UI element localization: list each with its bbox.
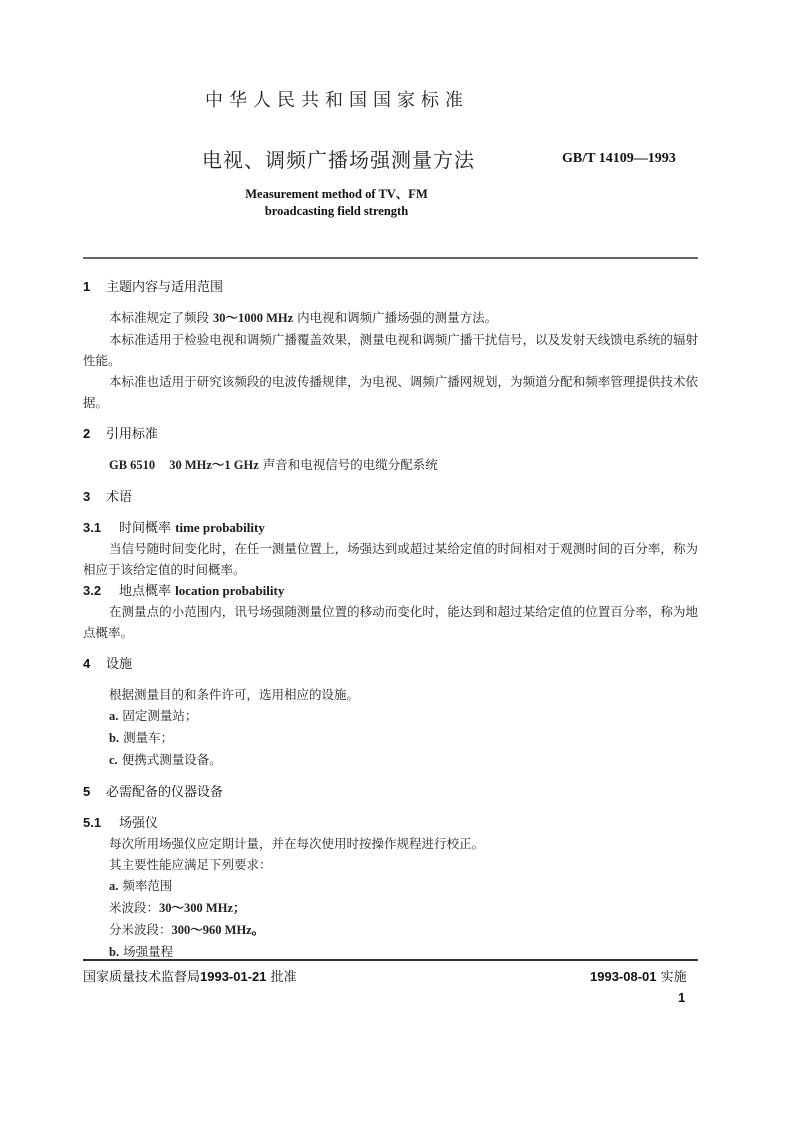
list-label: b. xyxy=(109,731,119,745)
footer-divider xyxy=(83,959,698,961)
reference-standard: GB 651030 MHz～1 GHz 声音和电视信号的电缆分配系统 xyxy=(109,454,698,476)
section-number: 3 xyxy=(83,486,106,507)
section-title: 必需配备的仪器设备 xyxy=(106,785,223,800)
term-cn: 时间概率 xyxy=(119,521,175,536)
subsection-number: 5.1 xyxy=(83,812,119,833)
subsection-title: 场强仪 xyxy=(119,816,158,831)
list-text: 便携式测量设备。 xyxy=(122,752,222,767)
paragraph: 本标准适用于检验电视和调频广播覆盖效果，测量电视和调频广播干扰信号，以及发射天线… xyxy=(83,329,698,371)
document-body: 1主题内容与适用范围 本标准规定了频段 30～1000 MHz 内电视和调频广播… xyxy=(83,276,698,963)
list-label: a. xyxy=(109,879,118,893)
paragraph: 本标准规定了频段 30～1000 MHz 内电视和调频广播场强的测量方法。 xyxy=(83,307,698,329)
band-spec: 米波段：30～300 MHz； xyxy=(109,897,698,919)
approval-suffix: 批准 xyxy=(267,970,297,985)
approval-date: 1993-01-21 xyxy=(200,969,267,984)
list-item: c.便携式测量设备。 xyxy=(109,749,698,771)
list-label: c. xyxy=(109,753,118,767)
approval-info: 国家质量技术监督局1993-01-21 批准 xyxy=(83,966,297,985)
national-standard-heading: 中华人民共和国国家标准 xyxy=(205,86,469,112)
section-title: 主题内容与适用范围 xyxy=(106,280,223,295)
list-label: a. xyxy=(109,709,118,723)
band-value: 30～300 MHz； xyxy=(159,901,245,915)
term-en: location probability xyxy=(175,583,284,598)
definition-paragraph: 当信号随时间变化时，在任一测量位置上，场强达到或超过某给定值的时间相对于观测时间… xyxy=(83,538,698,580)
list-item: b.测量车； xyxy=(109,727,698,749)
term-en: time probability xyxy=(175,520,265,535)
document-title-en-line2: broadcasting field strength xyxy=(0,204,673,219)
band-spec: 分米波段：300～960 MHz。 xyxy=(109,919,698,941)
implementation-date: 1993-08-01 xyxy=(590,969,657,984)
text: 本标准规定了频段 xyxy=(109,310,213,325)
subsection-3-1-heading: 3.1时间概率 time probability xyxy=(83,517,698,538)
list-label: b. xyxy=(109,945,119,959)
band-value: 300～960 MHz。 xyxy=(172,923,265,937)
reference-range: 30 MHz～1 GHz xyxy=(169,458,259,472)
subsection-3-2-heading: 3.2地点概率 location probability xyxy=(83,580,698,601)
list-text: 测量车； xyxy=(123,730,173,745)
section-number: 4 xyxy=(83,653,106,674)
reference-code: GB 6510 xyxy=(109,458,155,472)
standard-code: GB/T 14109—1993 xyxy=(562,151,676,167)
subsection-number: 3.2 xyxy=(83,580,119,601)
section-title: 设施 xyxy=(106,657,132,672)
section-title: 引用标准 xyxy=(106,427,158,442)
section-4-heading: 4设施 xyxy=(83,653,698,674)
section-number: 5 xyxy=(83,781,106,802)
section-2-heading: 2引用标准 xyxy=(83,423,698,444)
section-title: 术语 xyxy=(106,490,132,505)
list-item: a.固定测量站； xyxy=(109,705,698,727)
paragraph: 本标准也适用于研究该频段的电波传播规律，为电视、调频广播网规划，为频道分配和频率… xyxy=(83,371,698,413)
section-number: 1 xyxy=(83,276,106,297)
document-title-en-line1: Measurement method of TV、FM xyxy=(0,184,673,202)
definition-paragraph: 在测量点的小范围内，讯号场强随测量位置的移动而变化时，能达到和超过某给定值的位置… xyxy=(83,601,698,643)
list-item: a.频率范围 xyxy=(109,875,698,897)
text: 内电视和调频广播场强的测量方法。 xyxy=(293,310,497,325)
frequency-range: 30～1000 MHz xyxy=(213,311,293,325)
document-title-cn: 电视、调频广播场强测量方法 xyxy=(202,144,475,173)
section-5-heading: 5必需配备的仪器设备 xyxy=(83,781,698,802)
paragraph: 根据测量目的和条件许可，选用相应的设施。 xyxy=(109,684,698,705)
paragraph: 每次所用场强仪应定期计量，并在每次使用时按操作规程进行校正。 xyxy=(109,833,698,854)
section-number: 2 xyxy=(83,423,106,444)
term-cn: 地点概率 xyxy=(119,584,175,599)
subsection-number: 3.1 xyxy=(83,517,119,538)
list-text: 频率范围 xyxy=(122,878,172,893)
subsection-5-1-heading: 5.1场强仪 xyxy=(83,812,698,833)
list-text: 固定测量站； xyxy=(122,708,197,723)
section-3-heading: 3术语 xyxy=(83,486,698,507)
implementation-suffix: 实施 xyxy=(657,970,687,985)
band-label: 分米波段： xyxy=(109,922,172,937)
reference-title: 声音和电视信号的电缆分配系统 xyxy=(259,457,438,472)
page-number: 1 xyxy=(678,990,685,1005)
header-divider xyxy=(83,257,698,259)
list-text: 场强量程 xyxy=(123,944,173,959)
band-label: 米波段： xyxy=(109,900,159,915)
implementation-info: 1993-08-01 实施 xyxy=(590,966,687,985)
paragraph: 其主要性能应满足下列要求： xyxy=(109,854,698,875)
approval-org: 国家质量技术监督局 xyxy=(83,970,200,985)
section-1-heading: 1主题内容与适用范围 xyxy=(83,276,698,297)
